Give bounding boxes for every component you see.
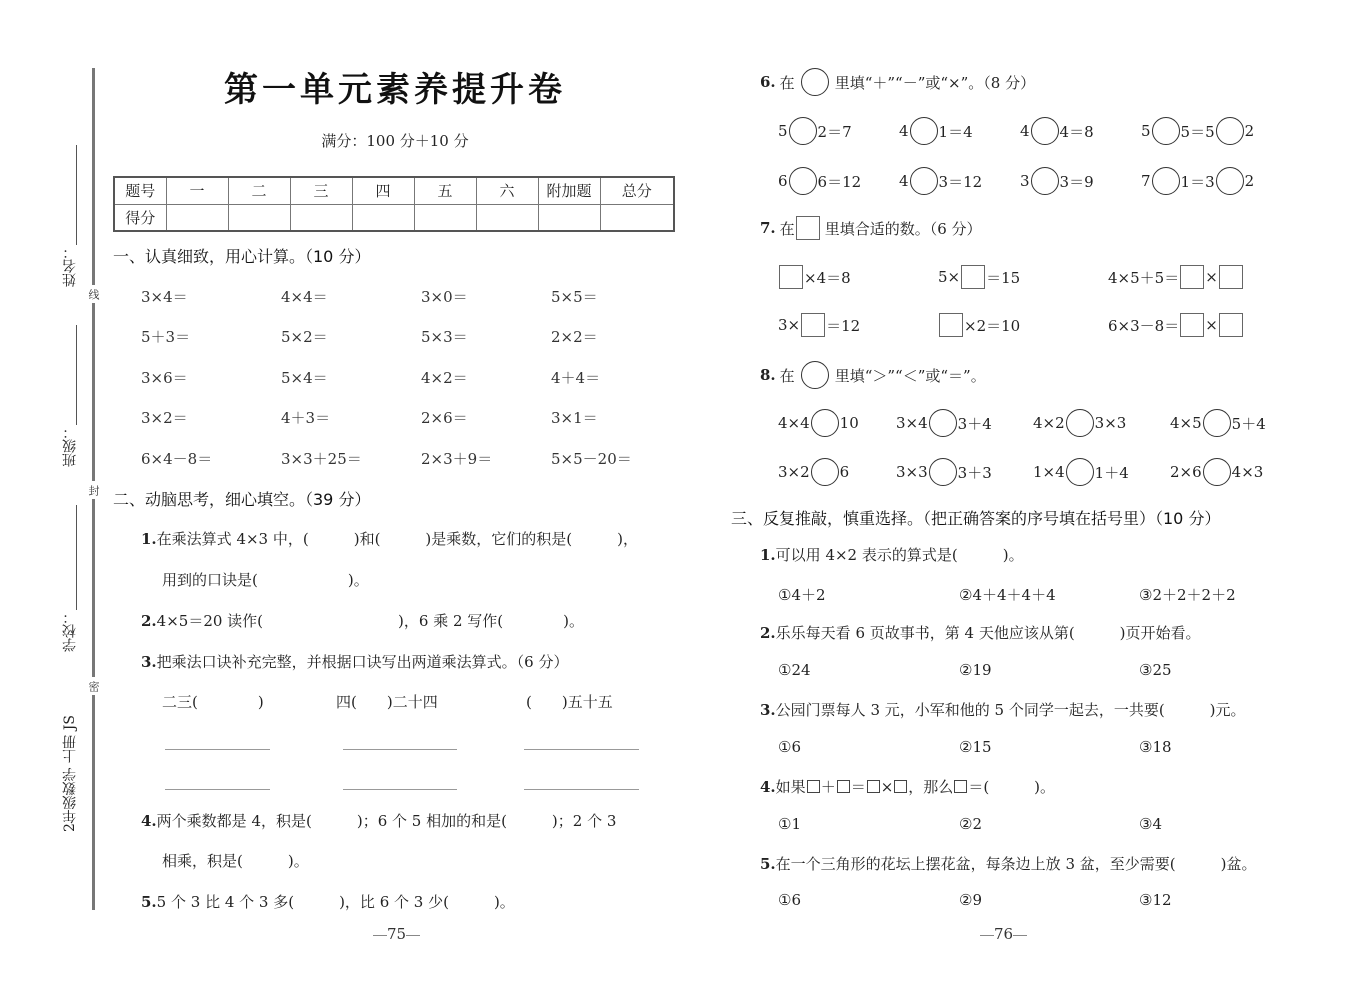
answer-line[interactable]: [165, 789, 270, 790]
option-1[interactable]: ①6: [778, 738, 801, 756]
page-number-left: 75: [373, 925, 420, 943]
operand: 5: [778, 122, 788, 140]
fill-number-item: 5×＝15: [938, 265, 1020, 289]
score-row-label: 得分: [114, 204, 166, 231]
calc-item: 4＋3＝: [281, 407, 330, 428]
question-number: 4.: [760, 778, 776, 796]
section2-heading: 二、动脑思考，细心填空。（39 分）: [113, 487, 370, 510]
answer-line[interactable]: [524, 749, 639, 750]
question-text: 公园门票每人 3 元，小军和他的 5 个同学一起去，一共要( )元。: [776, 701, 1246, 719]
circle-icon: [801, 361, 829, 389]
operand: 2×6: [1170, 463, 1202, 481]
operand: 4×4: [778, 414, 810, 432]
question-number: 3.: [760, 701, 776, 719]
square-icon: [867, 780, 880, 793]
name-blank[interactable]: [76, 145, 77, 245]
fill-operator-item: 43＝12: [899, 167, 982, 195]
binding-mark-feng: 封: [86, 481, 100, 499]
question-text: 把乘法口诀补充完整，并根据口诀写出两道乘法算式。（6 分）: [157, 653, 569, 671]
answer-circle[interactable]: [1152, 117, 1180, 145]
question-3-2: 2.乐乐每天看 6 页故事书，第 4 天他应该从第( )页开始看。: [760, 622, 1201, 643]
answer-circle[interactable]: [1066, 458, 1094, 486]
score-cell-header: 二: [228, 177, 290, 204]
fill-operator-item: 71＝32: [1141, 167, 1254, 195]
option-2[interactable]: ②19: [959, 661, 992, 679]
question-2-2: 2.4×5＝20 读作( )，6 乘 2 写作( )。: [141, 610, 584, 631]
fill-operator-item: 44＝8: [1020, 117, 1094, 145]
school-label: 学校：: [60, 610, 80, 652]
rhyme-item: 二三( ): [162, 691, 264, 712]
operand: 1＝3: [1181, 171, 1215, 192]
question-2-3: 3.把乘法口诀补充完整，并根据口诀写出两道乘法算式。（6 分）: [141, 651, 569, 672]
fill-operator-item: 55＝52: [1141, 117, 1254, 145]
option-3[interactable]: ③18: [1139, 738, 1172, 756]
option-3[interactable]: ③4: [1139, 815, 1162, 833]
question-text: 5 个 3 比 4 个 3 多( )，比 6 个 3 少( )。: [157, 893, 515, 911]
operand: 3＝9: [1060, 171, 1094, 192]
expression-text: 5×: [938, 268, 960, 286]
answer-line[interactable]: [343, 749, 457, 750]
answer-circle[interactable]: [1203, 409, 1231, 437]
option-2[interactable]: ②9: [959, 891, 982, 909]
class-blank[interactable]: [76, 325, 77, 425]
operand: 3＋3: [958, 462, 992, 483]
score-input-cell[interactable]: [476, 204, 538, 231]
question-text-pre: 在: [780, 72, 795, 93]
option-2[interactable]: ②15: [959, 738, 992, 756]
question-number: 1.: [141, 530, 157, 548]
question-text: 在一个三角形的花坛上摆花盆，每条边上放 3 盆，至少需要( )盆。: [776, 855, 1257, 873]
question-2-4-line2: 相乘，积是( )。: [162, 850, 309, 871]
calc-item: 5×4＝: [281, 367, 328, 388]
question-2-4-line1: 4.两个乘数都是 4，积是( )；6 个 5 相加的和是( )；2 个 3: [141, 810, 616, 831]
operand: 7: [1141, 172, 1151, 190]
option-2[interactable]: ②4＋4＋4＋4: [959, 584, 1056, 605]
expression-text: ×: [1205, 316, 1218, 334]
operand: 3＋4: [958, 413, 992, 434]
question-text: ＝( )。: [968, 776, 1055, 797]
operand: 1＝4: [939, 121, 973, 142]
answer-box[interactable]: [1180, 265, 1204, 289]
compare-item: 4×410: [778, 409, 859, 437]
question-text: 两个乘数都是 4，积是( )；6 个 5 相加的和是( )；2 个 3: [157, 812, 617, 830]
compare-item: 3×43＋4: [896, 409, 992, 437]
operand: 1＋4: [1095, 462, 1129, 483]
operand: 3×2: [778, 463, 810, 481]
rhyme-item: ( )五十五: [526, 691, 613, 712]
calc-item: 5×5－20＝: [551, 448, 632, 469]
calc-item: 3×3＋25＝: [281, 448, 362, 469]
score-input-cell[interactable]: [290, 204, 352, 231]
operand: 3×3: [896, 463, 928, 481]
question-text: 在乘法算式 4×3 中，( )和( )是乘数，它们的积是( )，: [157, 530, 638, 548]
circle-icon: [801, 68, 829, 96]
question-3-5: 5.在一个三角形的花坛上摆花盆，每条边上放 3 盆，至少需要( )盆。: [760, 853, 1256, 874]
section1-heading: 一、认真细致，用心计算。（10 分）: [113, 244, 370, 267]
expression-text: 3×: [778, 316, 800, 334]
answer-box[interactable]: [801, 313, 825, 337]
answer-line[interactable]: [165, 749, 270, 750]
compare-item: 3×33＋3: [896, 458, 992, 486]
calc-item: 4×4＝: [281, 286, 328, 307]
fill-operator-item: 33＝9: [1020, 167, 1094, 195]
fill-number-item: 3×＝12: [778, 313, 860, 337]
score-cell-header: 一: [166, 177, 228, 204]
question-2-6: 6. 在 里填“＋”“－”或“×”。（8 分）: [760, 68, 1035, 96]
question-2-8: 8. 在 里填“＞”“＜”或“＝”。: [760, 361, 986, 389]
compare-item: 3×26: [778, 458, 849, 486]
question-number: 2.: [760, 624, 776, 642]
calc-item: 3×6＝: [141, 367, 188, 388]
operand: 5＋4: [1232, 413, 1266, 434]
question-text-post: 里填“＋”“－”或“×”。（8 分）: [835, 72, 1035, 93]
fill-operator-item: 41＝4: [899, 117, 973, 145]
question-3-4: 4. 如果 ＋ ＝ × ，那么 ＝( )。: [760, 776, 1055, 797]
score-table: 题号 一 二 三 四 五 六 附加题 总分 得分: [113, 176, 675, 232]
compare-item: 2×64×3: [1170, 458, 1263, 486]
question-number: 4.: [141, 812, 157, 830]
answer-box[interactable]: [1180, 313, 1204, 337]
calc-item: 2×2＝: [551, 326, 598, 347]
operand: 4＝8: [1060, 121, 1094, 142]
option-2[interactable]: ②2: [959, 815, 982, 833]
answer-circle[interactable]: [910, 117, 938, 145]
question-text-post: 里填“＞”“＜”或“＝”。: [835, 365, 986, 386]
answer-box[interactable]: [779, 265, 803, 289]
option-3[interactable]: ③2＋2＋2＋2: [1139, 584, 1236, 605]
operand: 5＝5: [1181, 121, 1215, 142]
answer-circle[interactable]: [1203, 458, 1231, 486]
calc-item: 2×6＝: [421, 407, 468, 428]
operator: ×: [881, 778, 894, 796]
expression-text: ×2＝10: [964, 315, 1020, 336]
calc-item: 5×2＝: [281, 326, 328, 347]
book-label: 2年级数学 上册 JS: [60, 715, 80, 832]
operand: 3: [1020, 172, 1030, 190]
answer-line[interactable]: [524, 789, 639, 790]
square-icon: [894, 780, 907, 793]
answer-circle[interactable]: [929, 458, 957, 486]
answer-box[interactable]: [939, 313, 963, 337]
calc-item: 5×3＝: [421, 326, 468, 347]
answer-circle[interactable]: [811, 409, 839, 437]
question-2-7: 7. 在 里填合适的数。（6 分）: [760, 216, 982, 240]
option-3[interactable]: ③12: [1139, 891, 1172, 909]
question-text: 乐乐每天看 6 页故事书，第 4 天他应该从第( )页开始看。: [776, 624, 1201, 642]
calc-item: 4×2＝: [421, 367, 468, 388]
score-cell-header: 总分: [600, 177, 674, 204]
answer-line[interactable]: [343, 789, 457, 790]
score-cell-header: 五: [414, 177, 476, 204]
calc-item: 6×4－8＝: [141, 448, 212, 469]
score-input-cell[interactable]: [414, 204, 476, 231]
question-number: 8.: [760, 366, 776, 384]
score-cell-header: 六: [476, 177, 538, 204]
option-1[interactable]: ①4＋2: [778, 584, 826, 605]
calc-item: 3×1＝: [551, 407, 598, 428]
answer-box[interactable]: [1219, 265, 1243, 289]
answer-circle[interactable]: [910, 167, 938, 195]
operator: ＋: [821, 776, 836, 797]
operand: 1×4: [1033, 463, 1065, 481]
compare-item: 1×41＋4: [1033, 458, 1129, 486]
school-blank[interactable]: [76, 505, 77, 610]
operand: 2: [1245, 122, 1255, 140]
question-2-5: 5.5 个 3 比 4 个 3 多( )，比 6 个 3 少( )。: [141, 891, 515, 912]
question-number: 6.: [760, 73, 776, 91]
fill-number-item: ×2＝10: [938, 313, 1020, 337]
operand: 4: [1020, 122, 1030, 140]
fill-operator-item: 52＝7: [778, 117, 852, 145]
answer-circle[interactable]: [1031, 117, 1059, 145]
expression-text: ×: [1205, 268, 1218, 286]
fill-operator-item: 66＝12: [778, 167, 861, 195]
name-label: 姓名：: [60, 245, 80, 287]
compare-item: 4×23×3: [1033, 409, 1126, 437]
operand: 4: [899, 122, 909, 140]
operand: 10: [840, 414, 859, 432]
operand: 2＝7: [818, 121, 852, 142]
question-2-1-line1: 1.在乘法算式 4×3 中，( )和( )是乘数，它们的积是( )，: [141, 528, 638, 549]
question-text: 4×5＝20 读作( )，6 乘 2 写作( )。: [157, 612, 584, 630]
expression-text: ＝15: [986, 267, 1020, 288]
calc-item: 5＋3＝: [141, 326, 190, 347]
operand: 4: [899, 172, 909, 190]
question-2-1-line2: 用到的口诀是( )。: [162, 569, 369, 590]
operand: 3×4: [896, 414, 928, 432]
operand: 6: [840, 463, 850, 481]
section3-heading: 三、反复推敲，慎重选择。（把正确答案的序号填在括号里）（10 分）: [731, 506, 1220, 529]
score-input-cell[interactable]: [538, 204, 600, 231]
operand: 4×2: [1033, 414, 1065, 432]
fill-number-item: ×4＝8: [778, 265, 851, 289]
operand: 3＝12: [939, 171, 983, 192]
option-1[interactable]: ①1: [778, 815, 801, 833]
score-input-cell[interactable]: [166, 204, 228, 231]
page-title: 第一单元素养提升卷: [110, 62, 680, 111]
square-icon: [954, 780, 967, 793]
binding-mark-xian: 线: [86, 285, 100, 303]
operand: 6＝12: [818, 171, 862, 192]
score-cell-header: 三: [290, 177, 352, 204]
answer-circle[interactable]: [929, 409, 957, 437]
answer-circle[interactable]: [1152, 167, 1180, 195]
square-icon: [807, 780, 820, 793]
fill-number-item: 6×3－8＝×: [1108, 313, 1244, 337]
operand: 3×3: [1095, 414, 1127, 432]
question-text: 可以用 4×2 表示的算式是( )。: [776, 546, 1024, 564]
fill-number-item: 4×5＋5＝×: [1108, 265, 1244, 289]
calc-item: 3×2＝: [141, 407, 188, 428]
score-cell-header: 四: [352, 177, 414, 204]
question-text: ，那么: [908, 776, 953, 797]
score-table-score-row: 得分: [114, 204, 674, 231]
answer-circle[interactable]: [1216, 117, 1244, 145]
expression-text: 6×3－8＝: [1108, 315, 1179, 336]
calc-item: 4＋4＝: [551, 367, 600, 388]
question-number: 3.: [141, 653, 157, 671]
square-icon: [837, 780, 850, 793]
answer-box[interactable]: [1219, 313, 1243, 337]
answer-circle[interactable]: [811, 458, 839, 486]
square-icon: [796, 216, 820, 240]
answer-circle[interactable]: [789, 167, 817, 195]
page-number-value: 75: [387, 925, 406, 943]
answer-box[interactable]: [961, 265, 985, 289]
expression-text: ×4＝8: [804, 267, 851, 288]
full-score: 满分：100 分＋10 分: [110, 130, 680, 151]
rhyme-item: 四( )二十四: [336, 691, 438, 712]
question-number: 2.: [141, 612, 157, 630]
answer-circle[interactable]: [1216, 167, 1244, 195]
question-text-post: 里填合适的数。（6 分）: [825, 218, 982, 239]
question-3-1: 1.可以用 4×2 表示的算式是( )。: [760, 544, 1024, 565]
option-1[interactable]: ①6: [778, 891, 801, 909]
operand: 4×3: [1232, 463, 1264, 481]
calc-item: 3×4＝: [141, 286, 188, 307]
question-number: 5.: [141, 893, 157, 911]
answer-circle[interactable]: [1031, 167, 1059, 195]
class-label: 班级：: [60, 425, 80, 467]
binding-mark-mi: 密: [86, 677, 100, 695]
question-text-pre: 在: [780, 218, 795, 239]
question-number: 7.: [760, 219, 776, 237]
page-number-right: 76: [980, 925, 1027, 943]
calc-item: 3×0＝: [421, 286, 468, 307]
operand: 5: [1141, 122, 1151, 140]
score-input-cell[interactable]: [352, 204, 414, 231]
compare-item: 4×55＋4: [1170, 409, 1266, 437]
page-number-value: 76: [994, 925, 1013, 943]
question-number: 5.: [760, 855, 776, 873]
expression-text: ＝12: [826, 315, 860, 336]
answer-circle[interactable]: [789, 117, 817, 145]
question-3-3: 3.公园门票每人 3 元，小军和他的 5 个同学一起去，一共要( )元。: [760, 699, 1246, 720]
score-input-cell[interactable]: [228, 204, 290, 231]
option-1[interactable]: ①24: [778, 661, 811, 679]
score-table-header-row: 题号 一 二 三 四 五 六 附加题 总分: [114, 177, 674, 204]
question-text-pre: 在: [780, 365, 795, 386]
answer-circle[interactable]: [1066, 409, 1094, 437]
option-3[interactable]: ③25: [1139, 661, 1172, 679]
question-text: 如果: [776, 776, 806, 797]
question-number: 1.: [760, 546, 776, 564]
score-cell-header: 题号: [114, 177, 166, 204]
calc-item: 2×3＋9＝: [421, 448, 492, 469]
score-cell-header: 附加题: [538, 177, 600, 204]
operand: 2: [1245, 172, 1255, 190]
expression-text: 4×5＋5＝: [1108, 267, 1179, 288]
calc-item: 5×5＝: [551, 286, 598, 307]
operator: ＝: [851, 776, 866, 797]
operand: 6: [778, 172, 788, 190]
score-input-cell[interactable]: [600, 204, 674, 231]
operand: 4×5: [1170, 414, 1202, 432]
